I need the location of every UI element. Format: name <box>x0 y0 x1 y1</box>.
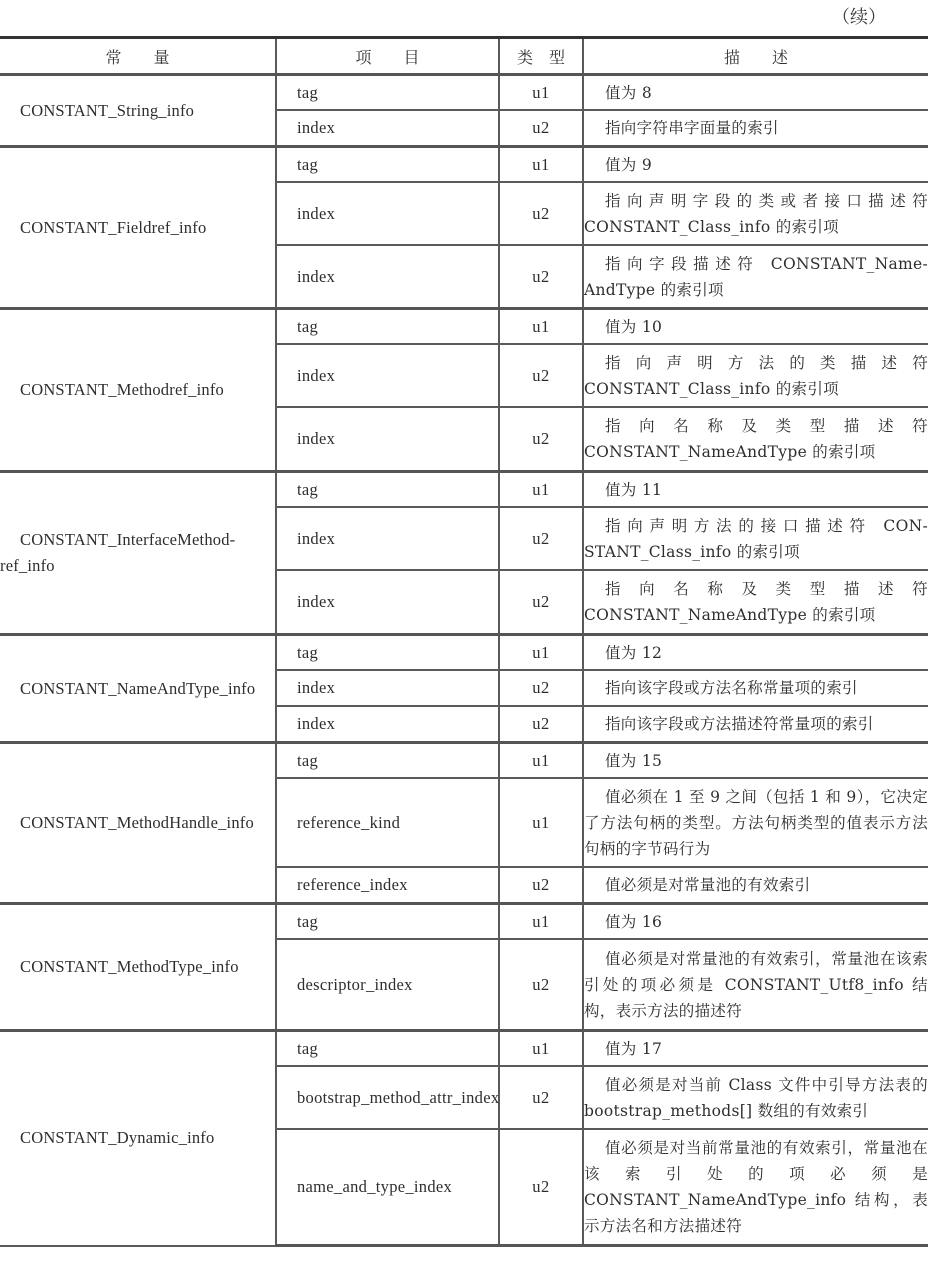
item-type: u1 <box>499 743 583 779</box>
item-description: 指向该字段或方法描述符常量项的索引 <box>583 706 928 743</box>
item-name: descriptor_index <box>276 939 499 1031</box>
item-type: u2 <box>499 706 583 743</box>
item-description: 值为 10 <box>583 309 928 345</box>
item-type: u2 <box>499 939 583 1031</box>
item-name: name_and_type_index <box>276 1129 499 1246</box>
item-description: 值为 16 <box>583 904 928 940</box>
item-description: 值必须是对当前常量池的有效索引，常量池在该索引处的项必须是 CONSTANT_N… <box>583 1129 928 1246</box>
item-name: tag <box>276 635 499 671</box>
constant-name: CONSTANT_Fieldref_info <box>0 147 276 309</box>
item-name: index <box>276 706 499 743</box>
table-row: CONSTANT_String_info tag u1 值为 8 <box>0 75 928 111</box>
table-row: CONSTANT_Fieldref_info tag u1 值为 9 <box>0 147 928 183</box>
constant-name: CONSTANT_Methodref_info <box>0 309 276 472</box>
item-name: tag <box>276 1031 499 1067</box>
header-type: 类 型 <box>499 38 583 75</box>
item-name: index <box>276 182 499 245</box>
item-type: u2 <box>499 182 583 245</box>
item-description: 指向字符串字面量的索引 <box>583 110 928 147</box>
item-name: tag <box>276 472 499 508</box>
item-type: u1 <box>499 904 583 940</box>
item-name: index <box>276 570 499 635</box>
item-name: index <box>276 670 499 706</box>
item-type: u1 <box>499 635 583 671</box>
item-type: u1 <box>499 778 583 867</box>
item-description: 指向声明字段的类或者接口描述符 CONSTANT_Class_info 的索引项 <box>583 182 928 245</box>
constant-name: CONSTANT_MethodType_info <box>0 904 276 1031</box>
item-type: u2 <box>499 670 583 706</box>
header-constant: 常 量 <box>0 38 276 75</box>
table-row: CONSTANT_Dynamic_info tag u1 值为 17 <box>0 1031 928 1067</box>
constant-name: CONSTANT_Dynamic_info <box>0 1031 276 1246</box>
item-type: u2 <box>499 1066 583 1129</box>
table-row: CONSTANT_MethodType_info tag u1 值为 16 <box>0 904 928 940</box>
item-description: 值为 17 <box>583 1031 928 1067</box>
item-description: 值为 15 <box>583 743 928 779</box>
item-name: reference_kind <box>276 778 499 867</box>
item-type: u2 <box>499 344 583 407</box>
table-row: CONSTANT_NameAndType_info tag u1 值为 12 <box>0 635 928 671</box>
item-name: tag <box>276 309 499 345</box>
item-type: u2 <box>499 867 583 904</box>
header-item: 项 目 <box>276 38 499 75</box>
constant-name: CONSTANT_InterfaceMethod-ref_info <box>0 472 276 635</box>
item-type: u1 <box>499 75 583 111</box>
item-type: u1 <box>499 1031 583 1067</box>
item-name: bootstrap_method_attr_index <box>276 1066 499 1129</box>
continued-label: （续） <box>832 5 886 31</box>
constant-name: CONSTANT_MethodHandle_info <box>0 743 276 904</box>
item-description: 指向声明方法的类描述符 CONSTANT_Class_info 的索引项 <box>583 344 928 407</box>
header-row: 常 量 项 目 类 型 描 述 <box>0 38 928 75</box>
item-description: 指向名称及类型描述符 CONSTANT_NameAndType 的索引项 <box>583 407 928 472</box>
item-type: u1 <box>499 472 583 508</box>
item-type: u2 <box>499 570 583 635</box>
item-name: tag <box>276 147 499 183</box>
item-type: u1 <box>499 147 583 183</box>
item-type: u1 <box>499 309 583 345</box>
header-description: 描 述 <box>583 38 928 75</box>
item-description: 值必须是对常量池的有效索引，常量池在该索引处的项必须是 CONSTANT_Utf… <box>583 939 928 1031</box>
constant-pool-table: 常 量 项 目 类 型 描 述 CONSTANT_String_info tag… <box>0 36 928 1247</box>
item-name: index <box>276 407 499 472</box>
item-description: 值必须在 1 至 9 之间（包括 1 和 9），它决定了方法句柄的类型。方法句柄… <box>583 778 928 867</box>
item-description: 指向声明方法的接口描述符 CON-STANT_Class_info 的索引项 <box>583 507 928 570</box>
item-description: 指向名称及类型描述符 CONSTANT_NameAndType 的索引项 <box>583 570 928 635</box>
item-name: index <box>276 507 499 570</box>
item-type: u2 <box>499 1129 583 1246</box>
item-name: tag <box>276 75 499 111</box>
item-description: 值必须是对常量池的有效索引 <box>583 867 928 904</box>
item-type: u2 <box>499 245 583 309</box>
item-name: tag <box>276 904 499 940</box>
constant-name: CONSTANT_String_info <box>0 75 276 147</box>
item-name: index <box>276 344 499 407</box>
item-type: u2 <box>499 110 583 147</box>
item-type: u2 <box>499 407 583 472</box>
table-row: CONSTANT_InterfaceMethod-ref_info tag u1… <box>0 472 928 508</box>
item-description: 指向字段描述符 CONSTANT_Name-AndType 的索引项 <box>583 245 928 309</box>
table-row: CONSTANT_MethodHandle_info tag u1 值为 15 <box>0 743 928 779</box>
item-description: 值为 12 <box>583 635 928 671</box>
item-description: 值为 9 <box>583 147 928 183</box>
item-description: 值为 11 <box>583 472 928 508</box>
item-name: reference_index <box>276 867 499 904</box>
item-type: u2 <box>499 507 583 570</box>
constant-name: CONSTANT_NameAndType_info <box>0 635 276 743</box>
item-description: 指向该字段或方法名称常量项的索引 <box>583 670 928 706</box>
item-name: index <box>276 245 499 309</box>
item-name: index <box>276 110 499 147</box>
item-description: 值为 8 <box>583 75 928 111</box>
table-row: CONSTANT_Methodref_info tag u1 值为 10 <box>0 309 928 345</box>
item-description: 值必须是对当前 Class 文件中引导方法表的 bootstrap_method… <box>583 1066 928 1129</box>
item-name: tag <box>276 743 499 779</box>
